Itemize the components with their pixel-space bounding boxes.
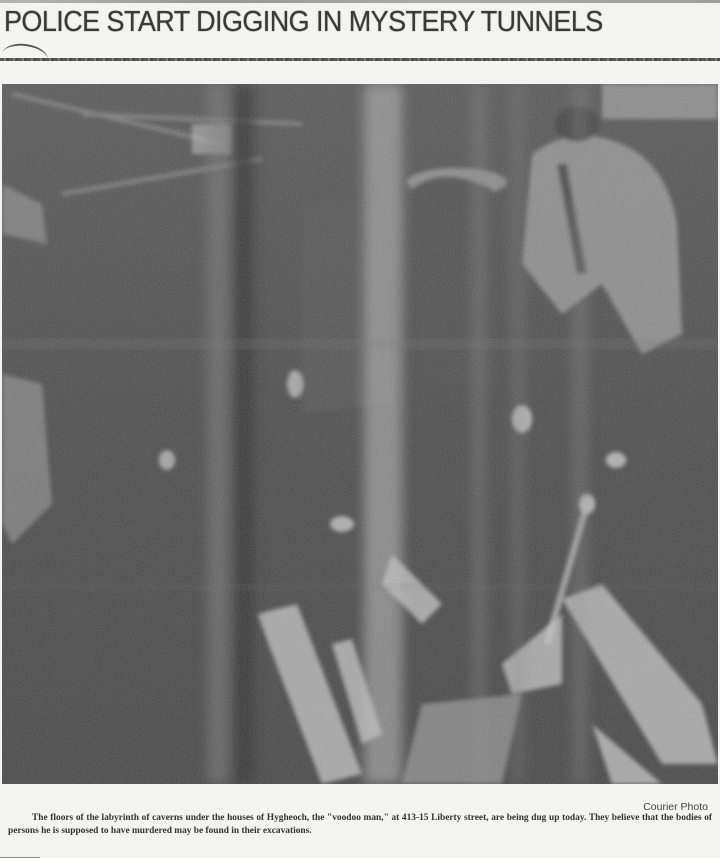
photo-illustration bbox=[2, 84, 718, 784]
decorative-curve bbox=[0, 41, 49, 73]
news-photo bbox=[2, 84, 718, 784]
headline-rule bbox=[0, 58, 720, 61]
top-border bbox=[0, 0, 720, 3]
photo-caption: The floors of the labyrinth of caverns u… bbox=[8, 812, 712, 837]
headline: POLICE START DIGGING IN MYSTERY TUNNELS bbox=[4, 6, 683, 39]
